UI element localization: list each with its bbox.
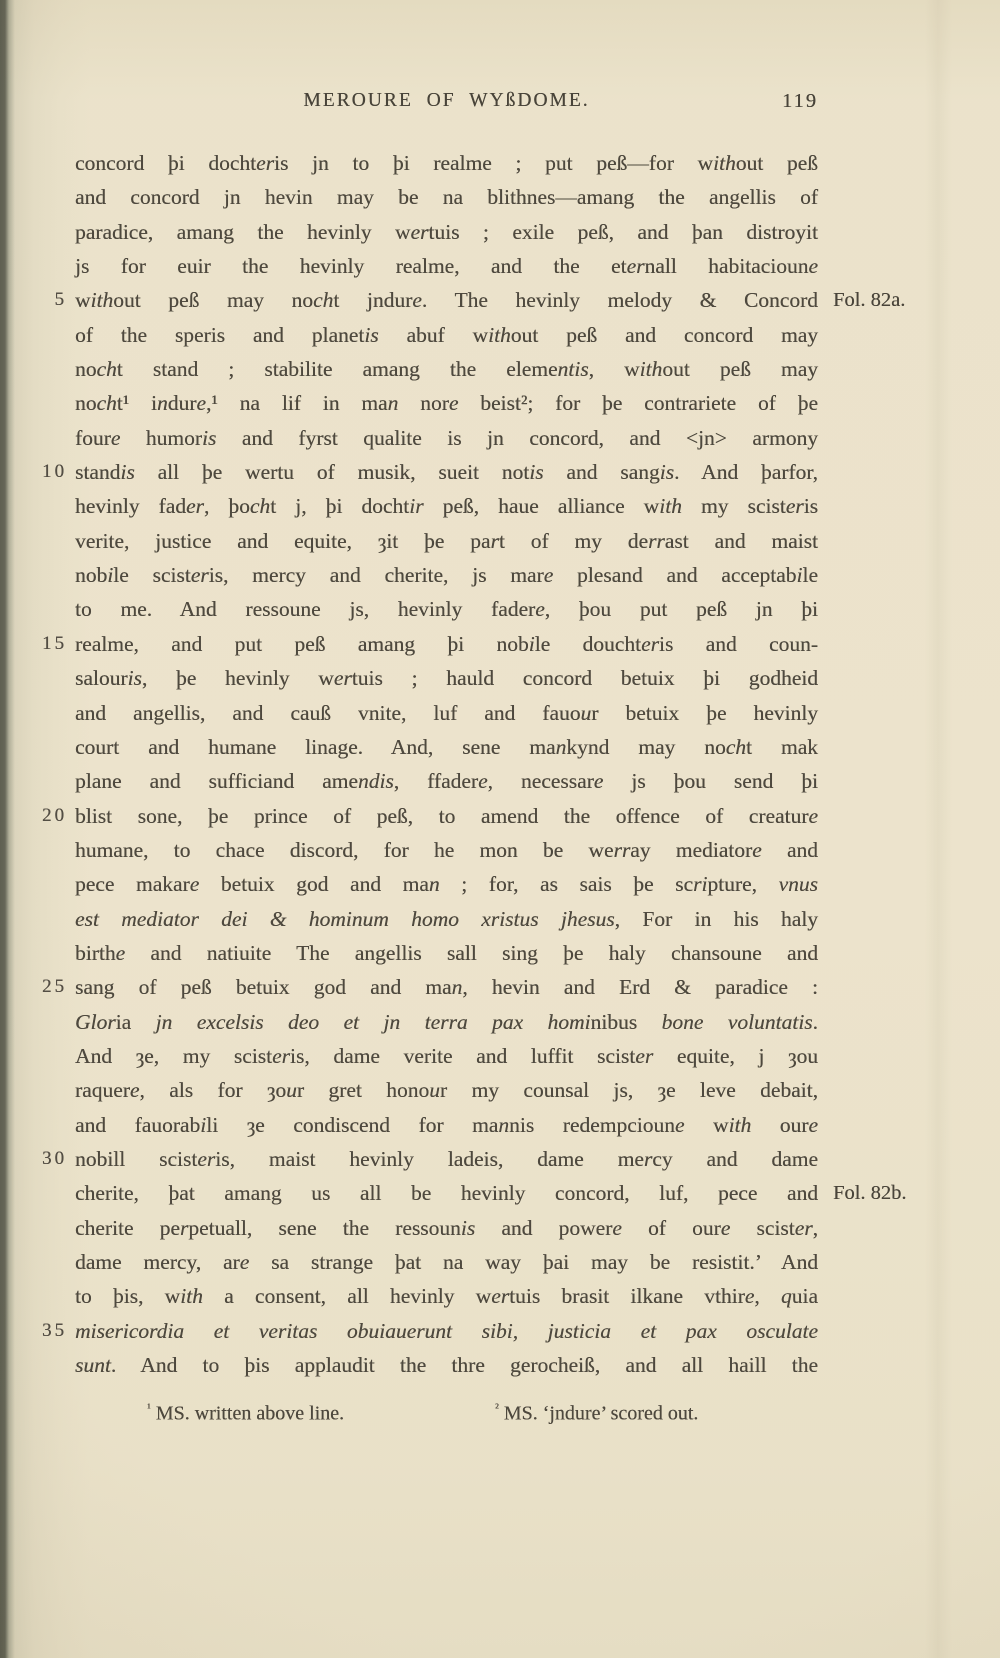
text-segment: of our — [622, 1216, 721, 1240]
line-number: 35 — [33, 1314, 67, 1348]
text-segment: betuix god and ma — [199, 872, 429, 896]
text-segment: r — [491, 529, 499, 553]
text-segment: dur — [168, 391, 197, 415]
text-segment: , — [754, 1284, 781, 1308]
text-segment: cherite pe — [75, 1216, 180, 1240]
text-segment: court and humane linage. And, sene ma — [75, 735, 556, 759]
text-segment: er — [272, 1044, 290, 1068]
text-segment: and angellis, and cauß vnite, luf and fa… — [75, 701, 581, 725]
line-number: 15 — [33, 627, 67, 661]
text-segment: and fyrst qualite is jn concord, and <jn… — [216, 426, 818, 450]
text-line: concord þi dochteris jn to þi realme ; p… — [75, 146, 818, 180]
text-segment: js þou send þi — [603, 769, 818, 793]
text-segment: li ȝe condiscend for ma — [206, 1113, 498, 1137]
text-segment: ch — [313, 288, 333, 312]
text-segment: , ffader — [394, 769, 478, 793]
line-number: 10 — [33, 455, 67, 489]
text-segment: , þe hevinly w — [142, 666, 334, 690]
text-segment: is, dame verite and luffit scist — [290, 1044, 635, 1068]
text-segment: er — [627, 254, 645, 278]
text-segment: , necessar — [488, 769, 594, 793]
text-segment: , þou put peß jn þi — [545, 597, 818, 621]
text-segment: bone voluntatis — [662, 1010, 813, 1034]
text-segment: est mediator dei & hominum homo xristus … — [75, 907, 615, 931]
text-segment: er — [191, 563, 209, 587]
text-segment: er — [256, 151, 274, 175]
text-segment: to me. And ressoune js, hevinly fader — [75, 597, 535, 621]
text-segment: is — [202, 426, 216, 450]
text-segment: u — [581, 701, 592, 725]
text-line: birthe and natiuite The angellis sall si… — [75, 936, 818, 970]
page-header: MEROURE OF WYßDOME. 119 — [75, 90, 818, 120]
text-segment: er — [197, 1147, 215, 1171]
text-segment: nor — [398, 391, 449, 415]
text-segment: realme, and put peß amang þi nob — [75, 632, 529, 656]
text-segment: no — [75, 391, 97, 415]
text-segment: er — [334, 666, 352, 690]
text-line: 20blist sone, þe prince of peß, to amend… — [75, 799, 818, 833]
text-segment: tuis ; exile peß, and þan distroyit — [428, 220, 818, 244]
text-segment: er — [491, 1284, 509, 1308]
text-segment: kynd may no — [566, 735, 725, 759]
line-number: 25 — [33, 970, 67, 1004]
footnote-1: ¹MS. written above line. — [147, 1401, 344, 1426]
text-segment: out peß may — [662, 357, 818, 381]
line-number: 30 — [33, 1142, 67, 1176]
text-line: nobile scisteris, mercy and cherite, js … — [75, 558, 818, 592]
text-segment: e — [808, 1113, 818, 1137]
text-line: verite, justice and equite, ȝit þe part … — [75, 524, 818, 558]
text-line: Gloria jn excelsis deo et jn terra pax h… — [75, 1005, 818, 1039]
text-segment: er — [411, 220, 429, 244]
text-line: 35misericordia et veritas obuiauerunt si… — [75, 1314, 818, 1348]
text-segment: e — [240, 1250, 250, 1274]
line-number: 5 — [33, 283, 67, 317]
text-segment: , — [813, 1216, 818, 1240]
text-segment: w — [75, 288, 91, 312]
text-segment: t jndur — [333, 288, 412, 312]
text-segment: n — [452, 975, 463, 999]
text-segment: e — [412, 288, 422, 312]
text-segment: rr — [648, 529, 665, 553]
text-segment: and concord jn hevin may be na blithnes—… — [75, 185, 818, 209]
text-line: paradice, amang the hevinly wertuis ; ex… — [75, 215, 818, 249]
text-segment: ith — [729, 1113, 752, 1137]
text-segment: and natiuite The angellis sall sing þe h… — [125, 941, 818, 965]
text-line: and concord jn hevin may be na blithnes—… — [75, 180, 818, 214]
text-line: hevinly fader, þocht j, þi dochtir peß, … — [75, 489, 818, 523]
footnote-2-text: MS. ‘jndure’ scored out. — [504, 1403, 699, 1425]
text-segment: e — [478, 769, 488, 793]
text-segment: dame mercy, ar — [75, 1250, 240, 1274]
text-segment: ast and maist — [665, 529, 818, 553]
text-segment: . And þarfor, — [674, 460, 818, 484]
text-segment: e — [111, 426, 121, 450]
text-segment: nibus — [591, 1010, 662, 1034]
text-segment: plesand and acceptab — [553, 563, 796, 587]
text-segment: nob — [75, 563, 107, 587]
text-segment: , For in his haly — [615, 907, 818, 931]
text-line: sunt. And to þis applaudit the thre gero… — [75, 1348, 818, 1382]
text-segment: sa strange þat na way þai may be resisti… — [249, 1250, 818, 1274]
text-segment: out peß — [736, 151, 818, 175]
text-segment: ndis — [358, 769, 394, 793]
text-line: 10standis all þe wertu of musik, sueit n… — [75, 455, 818, 489]
text-segment: our — [751, 1113, 808, 1137]
text-segment: er — [186, 494, 204, 518]
footnote-1-text: MS. written above line. — [156, 1403, 344, 1425]
text-segment: le doucht — [535, 632, 641, 656]
text-segment: . And to þis applaudit the thre gerochei… — [111, 1353, 818, 1377]
text-line: est mediator dei & hominum homo xristus … — [75, 902, 818, 936]
text-segment: t j, þi docht — [270, 494, 409, 518]
text-segment: ch — [97, 357, 117, 381]
text-segment: is — [529, 460, 543, 484]
text-segment: le scist — [113, 563, 191, 587]
text-segment: humane, to chace discord, for he mon be … — [75, 838, 614, 862]
text-segment: is — [660, 460, 674, 484]
text-segment: . The hevinly melody & Concord — [422, 288, 818, 312]
text-segment: jn excelsis deo et jn terra pax homi — [156, 1010, 591, 1034]
text-segment: e — [594, 769, 604, 793]
text-segment: n — [429, 872, 440, 896]
text-segment: Glor — [75, 1010, 116, 1034]
text-segment: t of my de — [499, 529, 648, 553]
text-segment: w — [685, 1113, 729, 1137]
book-page: MEROURE OF WYßDOME. 119 concord þi docht… — [0, 0, 1000, 1658]
text-segment: paradice, amang the hevinly w — [75, 220, 411, 244]
text-segment: is, maist hevinly ladeis, dame me — [215, 1147, 644, 1171]
text-line: to me. And ressoune js, hevinly fadere, … — [75, 592, 818, 626]
text-segment: scist — [730, 1216, 794, 1240]
text-line: plane and sufficiand amendis, ffadere, n… — [75, 764, 818, 798]
text-segment: r gret hono — [297, 1078, 429, 1102]
text-segment: er — [635, 1044, 653, 1068]
text-segment: abuf w — [379, 323, 488, 347]
text-line: salouris, þe hevinly wertuis ; hauld con… — [75, 661, 818, 695]
text-segment: salour — [75, 666, 128, 690]
text-segment: And ȝe, my scist — [75, 1044, 272, 1068]
text-segment: . — [813, 1010, 818, 1034]
text-segment: out peß and concord may — [511, 323, 818, 347]
text-segment: pece makar — [75, 872, 190, 896]
text-segment: peß, haue alliance w — [424, 494, 660, 518]
text-segment: ,¹ na lif in ma — [206, 391, 388, 415]
text-segment: sang of peß betuix god and ma — [75, 975, 452, 999]
text-segment: e — [535, 597, 545, 621]
text-line: nocht stand ; stabilite amang the elemen… — [75, 352, 818, 386]
text-segment: misericordia et veritas obuiauerunt sibi… — [75, 1319, 818, 1343]
text-segment: raquer — [75, 1078, 130, 1102]
text-segment: hevinly fad — [75, 494, 186, 518]
text-segment: is and coun- — [659, 632, 818, 656]
text-segment: ch — [250, 494, 270, 518]
footnotes: ¹MS. written above line. ²MS. ‘jndure’ s… — [75, 1401, 818, 1435]
text-line: humane, to chace discord, for he mon be … — [75, 833, 818, 867]
text-segment: no — [75, 357, 97, 381]
text-line: nocht¹ indure,¹ na lif in man nore beist… — [75, 386, 818, 420]
text-segment: e — [449, 391, 459, 415]
text-segment: , als for ȝo — [139, 1078, 286, 1102]
text-segment: verite, justice and equite, ȝit þe pa — [75, 529, 491, 553]
text-segment: all þe wertu of musik, sueit not — [135, 460, 530, 484]
text-line: pece makare betuix god and man ; for, as… — [75, 867, 818, 901]
text-segment: e — [808, 254, 818, 278]
text-segment: cy and dame — [652, 1147, 818, 1171]
text-line: court and humane linage. And, sene manky… — [75, 730, 818, 764]
text-segment: cherite, þat amang us all be hevinly con… — [75, 1181, 818, 1205]
text-segment: to þis, w — [75, 1284, 180, 1308]
text-segment: ch — [97, 391, 117, 415]
text-segment: t mak — [746, 735, 818, 759]
text-segment: n — [157, 391, 168, 415]
text-segment: u — [286, 1078, 297, 1102]
text-line: of the speris and planetis abuf without … — [75, 318, 818, 352]
text-line: 15realme, and put peß amang þi nobile do… — [75, 627, 818, 661]
text-line: 5Fol. 82a.without peß may nocht jndure. … — [75, 283, 818, 317]
text-segment: ch — [726, 735, 746, 759]
text-segment: tuis ; hauld concord betuix þi godheid — [352, 666, 818, 690]
text-segment: tuis brasit ilkane vthir — [509, 1284, 745, 1308]
text-segment: of the speris and planet — [75, 323, 364, 347]
text-segment: ntis — [558, 357, 589, 381]
text-segment: ith — [91, 288, 114, 312]
text-segment: , þo — [204, 494, 250, 518]
text-segment: rr — [614, 838, 631, 862]
text-segment: , hevin and Erd & paradice : — [462, 975, 818, 999]
text-segment: out peß may no — [113, 288, 313, 312]
text-line: foure humoris and fyrst qualite is jn co… — [75, 421, 818, 455]
text-segment: ith — [640, 357, 663, 381]
running-title: MEROURE OF WYßDOME. — [75, 90, 818, 112]
text-line: raquere, als for ȝour gret honour my cou… — [75, 1073, 818, 1107]
text-segment: and power — [475, 1216, 612, 1240]
text-segment: u — [429, 1078, 440, 1102]
text-segment: beist²; for þe contrariete of þe — [458, 391, 818, 415]
text-segment: r my counsal js, ȝe leve debait, — [440, 1078, 818, 1102]
text-line: dame mercy, are sa strange þat na way þa… — [75, 1245, 818, 1279]
text-segment: uia — [792, 1284, 818, 1308]
text-segment: is — [128, 666, 142, 690]
text-segment: is jn to þi realme ; put peß—for w — [274, 151, 713, 175]
folio-note: Fol. 82b. — [833, 1176, 983, 1210]
text-segment: ith — [488, 323, 511, 347]
text-segment: nobill scist — [75, 1147, 197, 1171]
text-body: concord þi dochteris jn to þi realme ; p… — [75, 146, 818, 1382]
text-segment: e — [745, 1284, 755, 1308]
text-segment: e — [752, 838, 762, 862]
text-segment: n — [388, 391, 399, 415]
text-segment: e — [721, 1216, 731, 1240]
text-segment: er — [786, 494, 804, 518]
text-segment: e — [612, 1216, 622, 1240]
text-segment: n — [498, 1113, 509, 1137]
text-segment: e — [544, 563, 554, 587]
text-segment: t stand ; stabilite amang the eleme — [117, 357, 558, 381]
text-segment: er — [641, 632, 659, 656]
footnote-1-marker: ¹ — [147, 1401, 151, 1415]
text-segment: js for euir the hevinly realme, and the … — [75, 254, 627, 278]
text-segment: birth — [75, 941, 116, 965]
text-line: And ȝe, my scisteris, dame verite and lu… — [75, 1039, 818, 1073]
text-segment: e — [116, 941, 126, 965]
text-segment: e — [190, 872, 200, 896]
text-segment: a consent, all hevinly w — [203, 1284, 491, 1308]
text-line: and fauorabili ȝe condiscend for mannis … — [75, 1108, 818, 1142]
text-segment: is, mercy and cherite, js mar — [209, 563, 544, 587]
text-segment: ia — [116, 1010, 156, 1034]
text-segment: e — [808, 804, 818, 828]
text-segment: r betuix þe hevinly — [591, 701, 818, 725]
text-line: js for euir the hevinly realme, and the … — [75, 249, 818, 283]
text-segment: humor — [120, 426, 202, 450]
text-segment: petuall, sene the ressoun — [188, 1216, 461, 1240]
text-segment: is — [804, 494, 818, 518]
footnote-2-marker: ² — [495, 1401, 499, 1415]
text-segment: is — [461, 1216, 475, 1240]
text-segment: blist sone, þe prince of peß, to amend t… — [75, 804, 808, 828]
text-segment: e — [196, 391, 206, 415]
text-segment: , w — [589, 357, 640, 381]
text-segment: four — [75, 426, 111, 450]
text-segment: my scist — [682, 494, 786, 518]
text-segment: stand — [75, 460, 120, 484]
text-segment: and — [762, 838, 818, 862]
folio-note: Fol. 82a. — [833, 283, 983, 317]
footnote-2: ²MS. ‘jndure’ scored out. — [495, 1401, 698, 1426]
text-line: Fol. 82b.cherite, þat amang us all be he… — [75, 1176, 818, 1210]
text-segment: ir — [409, 494, 423, 518]
text-segment: equite, j ȝou — [653, 1044, 818, 1068]
text-segment: sunt — [75, 1353, 111, 1377]
text-segment: concord þi docht — [75, 151, 256, 175]
text-segment: ; for, as sais þe sc — [440, 872, 693, 896]
text-segment: nis redempcioun — [509, 1113, 675, 1137]
text-segment: ay mediator — [630, 838, 752, 862]
text-line: and angellis, and cauß vnite, luf and fa… — [75, 696, 818, 730]
line-number: 20 — [33, 799, 67, 833]
text-segment: pture, — [707, 872, 778, 896]
text-segment: nall habitacioun — [645, 254, 809, 278]
text-segment: plane and sufficiand ame — [75, 769, 358, 793]
page-number: 119 — [782, 90, 818, 113]
text-segment: t¹ i — [117, 391, 157, 415]
text-line: 25sang of peß betuix god and man, hevin … — [75, 970, 818, 1004]
text-segment: ith — [713, 151, 736, 175]
text-segment: ri — [693, 872, 707, 896]
text-segment: le — [802, 563, 818, 587]
text-line: 30nobill scisteris, maist hevinly ladeis… — [75, 1142, 818, 1176]
text-segment: vnus — [779, 872, 818, 896]
text-segment: er — [795, 1216, 813, 1240]
text-line: to þis, with a consent, all hevinly wert… — [75, 1279, 818, 1313]
text-segment: e — [675, 1113, 685, 1137]
text-segment: q — [781, 1284, 792, 1308]
text-segment: and fauorab — [75, 1113, 200, 1137]
text-segment: ith — [659, 494, 682, 518]
text-segment: and sang — [544, 460, 660, 484]
text-segment: n — [556, 735, 567, 759]
text-segment: is — [364, 323, 378, 347]
text-line: cherite perpetuall, sene the ressounis a… — [75, 1211, 818, 1245]
text-segment: ith — [180, 1284, 203, 1308]
text-segment: is — [120, 460, 134, 484]
